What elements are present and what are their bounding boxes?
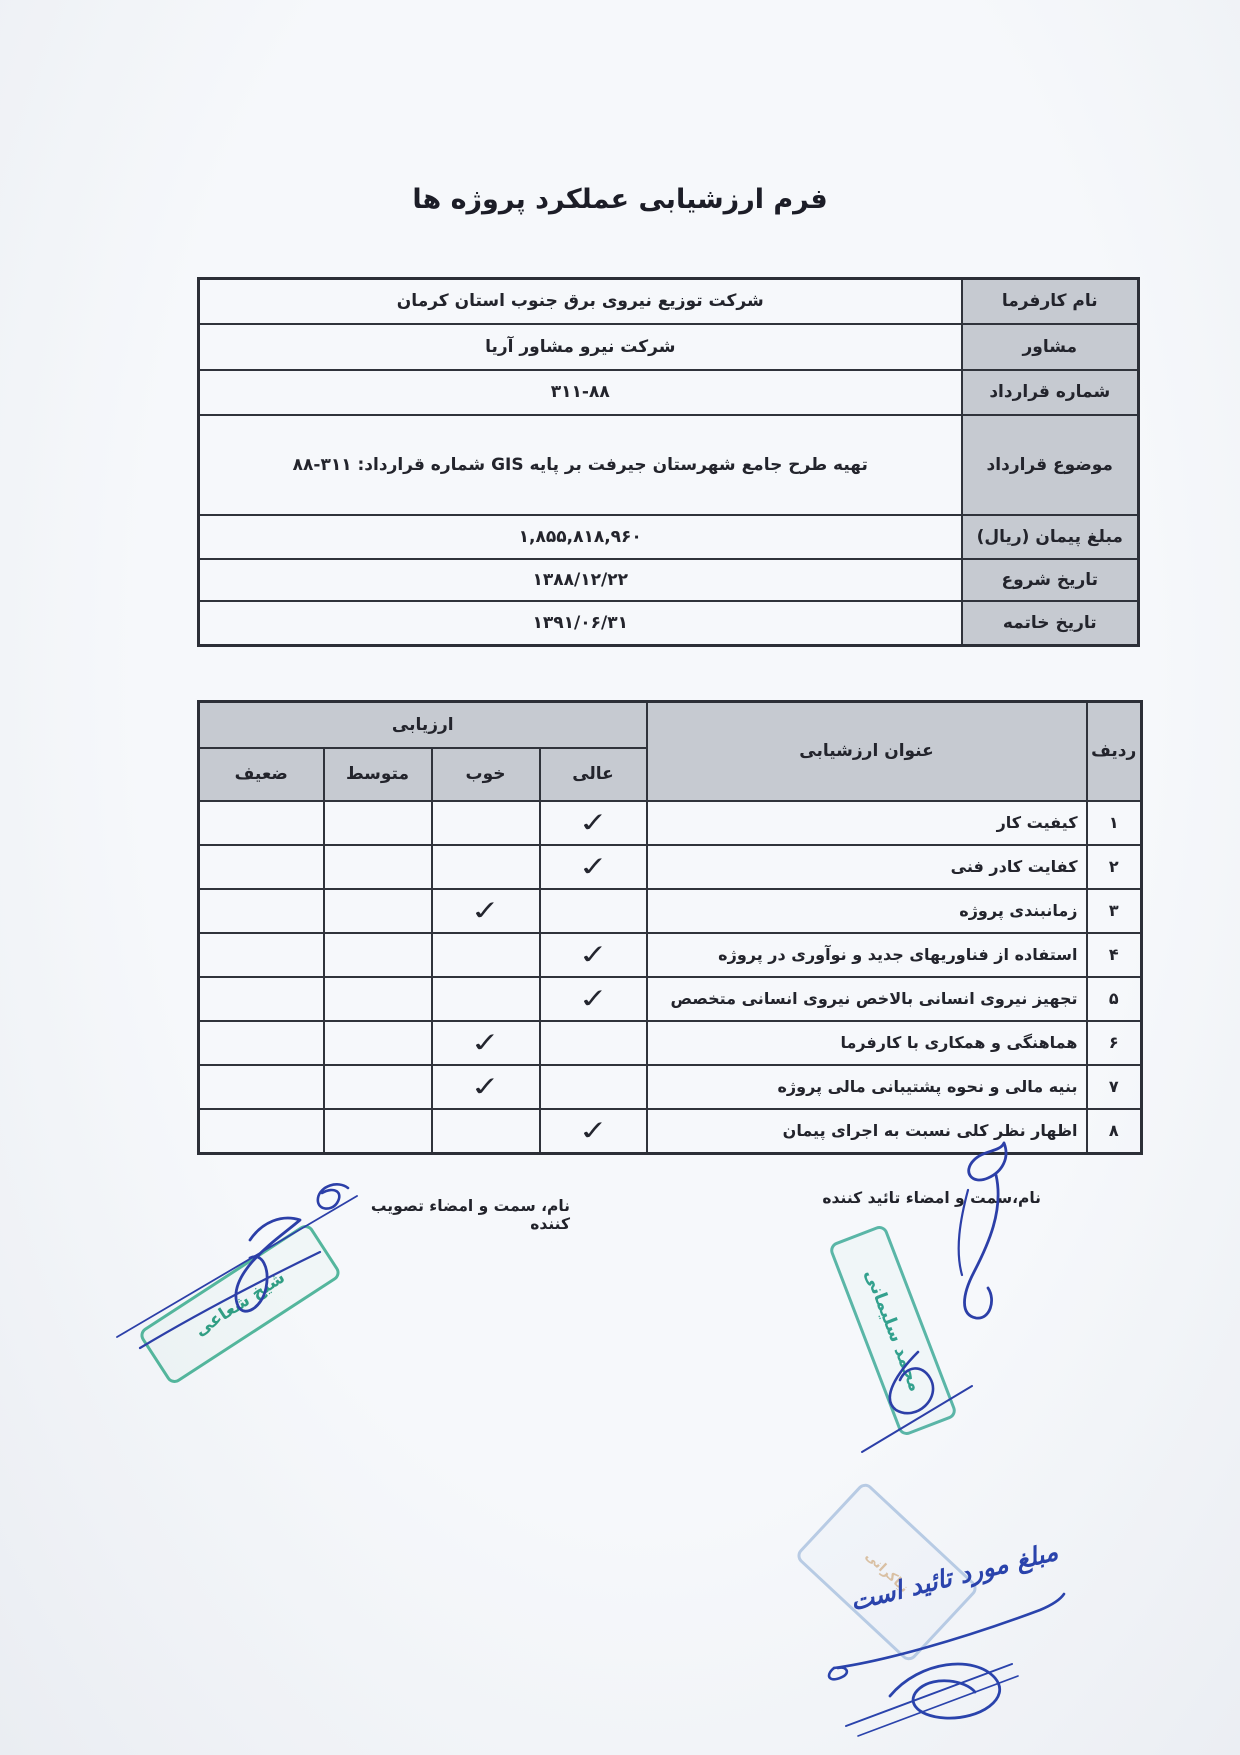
rating-cell-good [432,801,540,845]
checkmark-icon: ✓ [577,940,610,968]
rating-cell-average [324,1065,432,1109]
rating-cell-good [432,933,540,977]
row-number: ۵ [1087,977,1142,1021]
contract-value-client: شرکت توزیع نیروی برق جنوب استان کرمان [199,279,962,324]
criteria-cell: بنیه مالی و نحوه پشتیبانی مالی پروژه [647,1065,1087,1109]
contract-value-end-date: ۱۳۹۱/۰۶/۳۱ [199,601,962,646]
evaluation-row: ۵ تجهیز نیروی انسانی بالاخص نیروی انسانی… [199,977,1142,1021]
row-number: ۳ [1087,889,1142,933]
rating-cell-good: ✓ [432,889,540,933]
contract-info-table: نام کارفرما شرکت توزیع نیروی برق جنوب اس… [197,277,1140,647]
checkmark-icon: ✓ [469,896,502,924]
table-row: موضوع قرارداد تهیه طرح جامع شهرستان جیرف… [199,415,1139,515]
contract-value-subject: تهیه طرح جامع شهرستان جیرفت بر پایه GIS … [199,415,962,515]
checkmark-icon: ✓ [577,1116,610,1144]
criteria-cell: کفایت کادر فنی [647,845,1087,889]
rating-cell-weak [199,1021,324,1065]
rating-col-average: متوسط [324,748,432,801]
row-number: ۷ [1087,1065,1142,1109]
rating-col-excellent: عالی [540,748,647,801]
contract-label-subject: موضوع قرارداد [962,415,1139,515]
rating-cell-excellent: ✓ [540,801,647,845]
rating-cell-good: ✓ [432,1021,540,1065]
evaluation-row: ۸ اظهار نظر کلی نسبت به اجرای پیمان ✓ [199,1109,1142,1154]
contract-label-number: شماره قرارداد [962,370,1139,415]
criteria-cell: استفاده از فناوریهای جدید و نوآوری در پر… [647,933,1087,977]
table-row: مشاور شرکت نیرو مشاور آریا [199,324,1139,370]
contract-value-consultant: شرکت نیرو مشاور آریا [199,324,962,370]
contract-label-client: نام کارفرما [962,279,1139,324]
contract-value-amount: ۱,۸۵۵,۸۱۸,۹۶۰ [199,515,962,559]
contract-label-amount: مبلغ پیمان (ریال) [962,515,1139,559]
contract-value-number: ۳۱۱-۸۸ [199,370,962,415]
rating-cell-average [324,1109,432,1154]
contract-label-start-date: تاریخ شروع [962,559,1139,601]
checkmark-icon: ✓ [577,984,610,1012]
table-row: نام کارفرما شرکت توزیع نیروی برق جنوب اس… [199,279,1139,324]
rating-cell-excellent: ✓ [540,845,647,889]
rating-group-header: ارزیابی [199,702,647,748]
rating-cell-weak [199,1065,324,1109]
criteria-header: عنوان ارزشیابی [647,702,1087,801]
contract-label-consultant: مشاور [962,324,1139,370]
page-title: فرم ارزشیابی عملکرد پروژه ها [0,184,1240,215]
row-number: ۲ [1087,845,1142,889]
row-number: ۸ [1087,1109,1142,1154]
row-number: ۱ [1087,801,1142,845]
approver-stamp: شیخ شعاعی [137,1222,343,1387]
criteria-cell: تجهیز نیروی انسانی بالاخص نیروی انسانی م… [647,977,1087,1021]
table-row: تاریخ خاتمه ۱۳۹۱/۰۶/۳۱ [199,601,1139,646]
rating-cell-excellent: ✓ [540,977,647,1021]
checkmark-icon: ✓ [577,808,610,836]
rating-cell-average [324,801,432,845]
rating-cell-average [324,1021,432,1065]
row-number: ۶ [1087,1021,1142,1065]
rating-cell-weak [199,801,324,845]
rating-cell-excellent [540,889,647,933]
scanned-form-page: فرم ارزشیابی عملکرد پروژه ها نام کارفرما… [0,0,1240,1755]
rating-cell-weak [199,933,324,977]
rating-cell-average [324,977,432,1021]
rating-cell-excellent: ✓ [540,1109,647,1154]
verifier-stamp: محمد سلیمانی [828,1223,959,1437]
checkmark-icon: ✓ [469,1072,502,1100]
verifier-signature-label: نام،سمت و امضاء تائید کننده [793,1189,1041,1207]
table-row: مبلغ پیمان (ریال) ۱,۸۵۵,۸۱۸,۹۶۰ [199,515,1139,559]
rating-cell-good: ✓ [432,1065,540,1109]
row-number-header: ردیف [1087,702,1142,801]
rating-col-good: خوب [432,748,540,801]
criteria-cell: اظهار نظر کلی نسبت به اجرای پیمان [647,1109,1087,1154]
rating-col-weak: ضعیف [199,748,324,801]
rating-cell-good [432,977,540,1021]
row-number: ۴ [1087,933,1142,977]
rating-cell-weak [199,977,324,1021]
table-row: شماره قرارداد ۳۱۱-۸۸ [199,370,1139,415]
rating-cell-excellent [540,1021,647,1065]
rating-cell-good [432,1109,540,1154]
criteria-cell: کیفیت کار [647,801,1087,845]
table-header-row: ردیف عنوان ارزشیابی ارزیابی [199,702,1142,748]
rating-cell-good [432,845,540,889]
rating-cell-excellent [540,1065,647,1109]
checkmark-icon: ✓ [469,1028,502,1056]
rating-cell-weak [199,889,324,933]
rating-cell-weak [199,1109,324,1154]
table-row: تاریخ شروع ۱۳۸۸/۱۲/۲۲ [199,559,1139,601]
checkmark-icon: ✓ [577,852,610,880]
evaluation-row: ۱ کیفیت کار ✓ [199,801,1142,845]
evaluation-row: ۴ استفاده از فناوریهای جدید و نوآوری در … [199,933,1142,977]
approver-stamp-text: شیخ شعاعی [191,1267,289,1340]
evaluation-row: ۲ کفایت کادر فنی ✓ [199,845,1142,889]
evaluation-row: ۷ بنیه مالی و نحوه پشتیبانی مالی پروژه ✓ [199,1065,1142,1109]
evaluation-table: ردیف عنوان ارزشیابی ارزیابی عالی خوب متو… [197,700,1143,1155]
contract-label-end-date: تاریخ خاتمه [962,601,1139,646]
evaluation-row: ۳ زمانبندی پروژه ✓ [199,889,1142,933]
rating-cell-excellent: ✓ [540,933,647,977]
rating-cell-weak [199,845,324,889]
criteria-cell: هماهنگی و همکاری با کارفرما [647,1021,1087,1065]
verifier-stamp-text: محمد سلیمانی [860,1267,926,1395]
approver-signature-label: نام، سمت و امضاء تصویب کننده [327,1197,570,1233]
rating-cell-average [324,845,432,889]
rating-cell-average [324,933,432,977]
contract-value-start-date: ۱۳۸۸/۱۲/۲۲ [199,559,962,601]
evaluation-row: ۶ هماهنگی و همکاری با کارفرما ✓ [199,1021,1142,1065]
rating-cell-average [324,889,432,933]
criteria-cell: زمانبندی پروژه [647,889,1087,933]
